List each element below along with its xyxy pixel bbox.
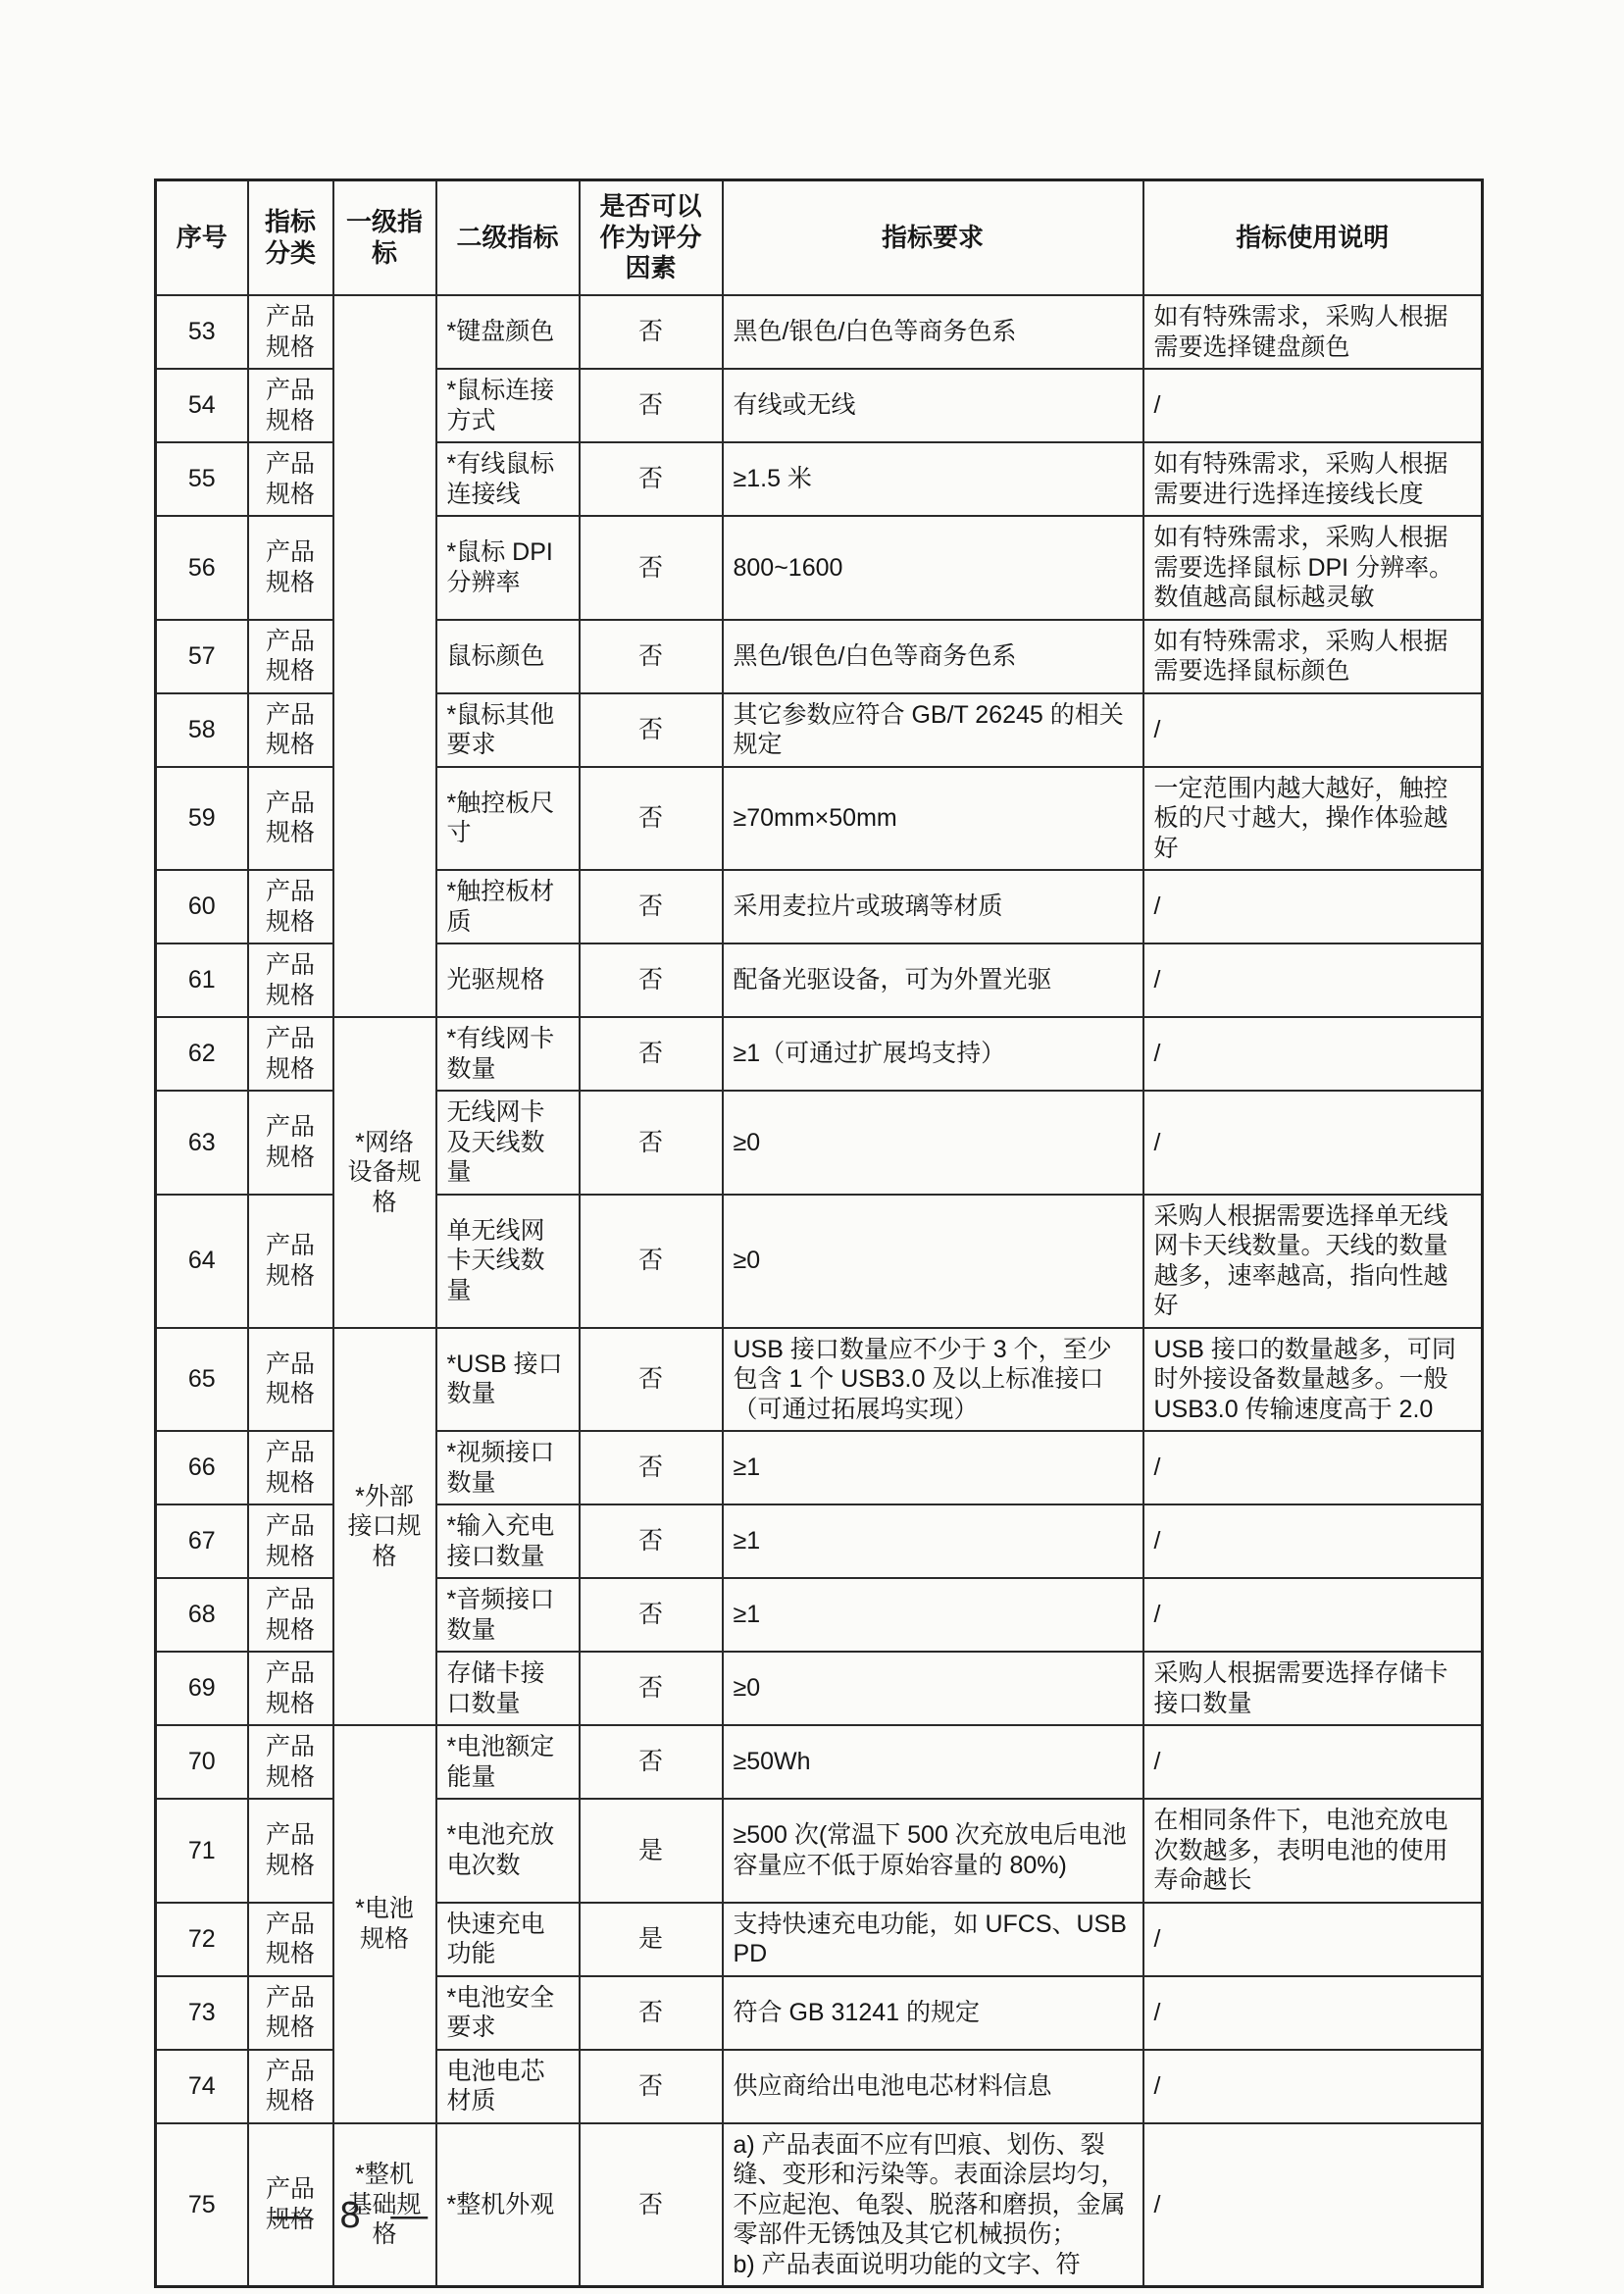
cell-scoring: 否: [580, 1195, 723, 1328]
cell-usage: 如有特殊需求，采购人根据需要选择鼠标颜色: [1143, 620, 1483, 693]
cell-no: 62: [156, 1017, 248, 1091]
cell-category: 产品规格: [248, 870, 333, 943]
cell-scoring: 否: [580, 1652, 723, 1725]
cell-scoring: 否: [580, 2050, 723, 2123]
cell-category: 产品规格: [248, 2050, 333, 2123]
cell-scoring: 否: [580, 442, 723, 516]
cell-level2: *有线网卡数量: [436, 1017, 580, 1091]
cell-level2: *鼠标 DPI 分辨率: [436, 516, 580, 620]
table-header: 序号 指标分类 一级指标 二级指标 是否可以 作为评分 因素 指标要求 指标使用…: [156, 180, 1483, 296]
cell-requirement: ≥50Wh: [723, 1725, 1143, 1799]
col-header-level1: 一级指标: [333, 180, 436, 296]
cell-no: 65: [156, 1328, 248, 1432]
cell-requirement: ≥1.5 米: [723, 442, 1143, 516]
cell-usage: /: [1143, 693, 1483, 767]
cell-scoring: 是: [580, 1903, 723, 1976]
cell-usage: /: [1143, 369, 1483, 442]
cell-level2: 鼠标颜色: [436, 620, 580, 693]
cell-category: 产品规格: [248, 620, 333, 693]
cell-scoring: 否: [580, 620, 723, 693]
cell-level2: *触控板材质: [436, 870, 580, 943]
cell-no: 58: [156, 693, 248, 767]
cell-scoring: 否: [580, 1725, 723, 1799]
cell-level1: *网络设备规格: [333, 1017, 436, 1328]
cell-scoring: 否: [580, 516, 723, 620]
cell-requirement: ≥0: [723, 1652, 1143, 1725]
cell-usage: USB 接口的数量越多，可同时外接设备数量越多。一般 USB3.0 传输速度高于…: [1143, 1328, 1483, 1432]
cell-category: 产品规格: [248, 943, 333, 1017]
cell-no: 66: [156, 1431, 248, 1504]
cell-level1: *外部接口规格: [333, 1328, 436, 1726]
cell-category: 产品规格: [248, 516, 333, 620]
cell-scoring: 否: [580, 2123, 723, 2287]
cell-category: 产品规格: [248, 1903, 333, 1976]
cell-level2: *鼠标连接方式: [436, 369, 580, 442]
cell-usage: 如有特殊需求，采购人根据需要进行选择连接线长度: [1143, 442, 1483, 516]
cell-category: 产品规格: [248, 1725, 333, 1799]
cell-scoring: 否: [580, 693, 723, 767]
cell-category: 产品规格: [248, 1195, 333, 1328]
cell-level2: 无线网卡及天线数量: [436, 1091, 580, 1195]
cell-usage: /: [1143, 1504, 1483, 1578]
cell-no: 69: [156, 1652, 248, 1725]
cell-usage: /: [1143, 943, 1483, 1017]
cell-level2: *电池额定能量: [436, 1725, 580, 1799]
cell-requirement: ≥0: [723, 1195, 1143, 1328]
cell-no: 60: [156, 870, 248, 943]
cell-level2: 单无线网卡天线数量: [436, 1195, 580, 1328]
cell-requirement: 800~1600: [723, 516, 1143, 620]
cell-no: 74: [156, 2050, 248, 2123]
cell-usage: /: [1143, 1017, 1483, 1091]
cell-requirement: ≥1（可通过扩展坞支持）: [723, 1017, 1143, 1091]
cell-level2: *电池充放电次数: [436, 1799, 580, 1903]
cell-requirement: ≥1: [723, 1504, 1143, 1578]
cell-scoring: 否: [580, 1578, 723, 1652]
cell-scoring: 否: [580, 1328, 723, 1432]
cell-requirement: 配备光驱设备，可为外置光驱: [723, 943, 1143, 1017]
spec-table: 序号 指标分类 一级指标 二级指标 是否可以 作为评分 因素 指标要求 指标使用…: [154, 178, 1484, 2288]
table-row: 53产品规格*键盘颜色否黑色/银色/白色等商务色系如有特殊需求，采购人根据需要选…: [156, 295, 1483, 369]
cell-level2: *键盘颜色: [436, 295, 580, 369]
cell-level2: *整机外观: [436, 2123, 580, 2287]
cell-usage: 如有特殊需求，采购人根据需要选择键盘颜色: [1143, 295, 1483, 369]
cell-level2: *USB 接口数量: [436, 1328, 580, 1432]
page-number: — 8 —: [273, 2195, 437, 2237]
cell-category: 产品规格: [248, 1578, 333, 1652]
table-row: 62产品规格*网络设备规格*有线网卡数量否≥1（可通过扩展坞支持）/: [156, 1017, 1483, 1091]
cell-level2: *触控板尺寸: [436, 767, 580, 871]
cell-requirement: 符合 GB 31241 的规定: [723, 1976, 1143, 2050]
table-row: 70产品规格*电池规格*电池额定能量否≥50Wh/: [156, 1725, 1483, 1799]
cell-requirement: a) 产品表面不应有凹痕、划伤、裂缝、变形和污染等。表面涂层均匀，不应起泡、龟裂…: [723, 2123, 1143, 2287]
cell-level2: *音频接口数量: [436, 1578, 580, 1652]
cell-scoring: 否: [580, 295, 723, 369]
cell-no: 59: [156, 767, 248, 871]
cell-usage: /: [1143, 1091, 1483, 1195]
cell-requirement: USB 接口数量应不少于 3 个，至少包含 1 个 USB3.0 及以上标准接口…: [723, 1328, 1143, 1432]
col-header-no: 序号: [156, 180, 248, 296]
cell-no: 70: [156, 1725, 248, 1799]
cell-category: 产品规格: [248, 369, 333, 442]
cell-no: 72: [156, 1903, 248, 1976]
col-header-usage: 指标使用说明: [1143, 180, 1483, 296]
cell-category: 产品规格: [248, 1328, 333, 1432]
cell-no: 56: [156, 516, 248, 620]
cell-usage: 一定范围内越大越好，触控板的尺寸越大，操作体验越好: [1143, 767, 1483, 871]
cell-no: 64: [156, 1195, 248, 1328]
cell-scoring: 否: [580, 1504, 723, 1578]
cell-category: 产品规格: [248, 295, 333, 369]
cell-requirement: 黑色/银色/白色等商务色系: [723, 295, 1143, 369]
cell-scoring: 否: [580, 369, 723, 442]
table-row: 65产品规格*外部接口规格*USB 接口数量否USB 接口数量应不少于 3 个，…: [156, 1328, 1483, 1432]
cell-usage: /: [1143, 1431, 1483, 1504]
cell-scoring: 否: [580, 1431, 723, 1504]
cell-scoring: 否: [580, 1091, 723, 1195]
cell-usage: 如有特殊需求，采购人根据需要选择鼠标 DPI 分辨率。数值越高鼠标越灵敏: [1143, 516, 1483, 620]
cell-no: 55: [156, 442, 248, 516]
cell-scoring: 是: [580, 1799, 723, 1903]
cell-category: 产品规格: [248, 1091, 333, 1195]
cell-level1: *电池规格: [333, 1725, 436, 2123]
cell-requirement: 其它参数应符合 GB/T 26245 的相关规定: [723, 693, 1143, 767]
cell-usage: /: [1143, 1976, 1483, 2050]
cell-no: 71: [156, 1799, 248, 1903]
cell-no: 67: [156, 1504, 248, 1578]
col-header-level2: 二级指标: [436, 180, 580, 296]
document-page: 序号 指标分类 一级指标 二级指标 是否可以 作为评分 因素 指标要求 指标使用…: [0, 0, 1624, 2294]
cell-requirement: ≥0: [723, 1091, 1143, 1195]
cell-level2: *有线鼠标连接线: [436, 442, 580, 516]
cell-level1: [333, 295, 436, 1017]
cell-no: 61: [156, 943, 248, 1017]
cell-category: 产品规格: [248, 442, 333, 516]
cell-no: 73: [156, 1976, 248, 2050]
cell-requirement: 有线或无线: [723, 369, 1143, 442]
cell-level2: *电池安全要求: [436, 1976, 580, 2050]
col-header-requirement: 指标要求: [723, 180, 1143, 296]
cell-requirement: ≥1: [723, 1578, 1143, 1652]
cell-usage: /: [1143, 2123, 1483, 2287]
cell-requirement: ≥500 次(常温下 500 次充放电后电池容量应不低于原始容量的 80%): [723, 1799, 1143, 1903]
cell-requirement: 采用麦拉片或玻璃等材质: [723, 870, 1143, 943]
cell-requirement: ≥1: [723, 1431, 1143, 1504]
cell-scoring: 否: [580, 1976, 723, 2050]
cell-level2: 快速充电功能: [436, 1903, 580, 1976]
col-header-category: 指标分类: [248, 180, 333, 296]
cell-category: 产品规格: [248, 1976, 333, 2050]
cell-scoring: 否: [580, 943, 723, 1017]
header-row: 序号 指标分类 一级指标 二级指标 是否可以 作为评分 因素 指标要求 指标使用…: [156, 180, 1483, 296]
cell-level2: 存储卡接口数量: [436, 1652, 580, 1725]
cell-usage: 采购人根据需要选择单无线网卡天线数量。天线的数量越多，速率越高，指向性越好: [1143, 1195, 1483, 1328]
cell-scoring: 否: [580, 1017, 723, 1091]
cell-usage: /: [1143, 1578, 1483, 1652]
cell-no: 63: [156, 1091, 248, 1195]
cell-no: 57: [156, 620, 248, 693]
col-header-scoring: 是否可以 作为评分 因素: [580, 180, 723, 296]
cell-no: 53: [156, 295, 248, 369]
cell-scoring: 否: [580, 767, 723, 871]
cell-category: 产品规格: [248, 1431, 333, 1504]
spec-table-body: 53产品规格*键盘颜色否黑色/银色/白色等商务色系如有特殊需求，采购人根据需要选…: [156, 295, 1483, 2287]
cell-category: 产品规格: [248, 1017, 333, 1091]
cell-usage: /: [1143, 1903, 1483, 1976]
cell-level2: *视频接口数量: [436, 1431, 580, 1504]
cell-no: 75: [156, 2123, 248, 2287]
cell-category: 产品规格: [248, 1652, 333, 1725]
cell-usage: 采购人根据需要选择存储卡接口数量: [1143, 1652, 1483, 1725]
cell-level2: *鼠标其他要求: [436, 693, 580, 767]
cell-usage: /: [1143, 2050, 1483, 2123]
cell-no: 54: [156, 369, 248, 442]
cell-usage: /: [1143, 1725, 1483, 1799]
cell-no: 68: [156, 1578, 248, 1652]
cell-level2: *输入充电接口数量: [436, 1504, 580, 1578]
cell-category: 产品规格: [248, 693, 333, 767]
cell-usage: /: [1143, 870, 1483, 943]
cell-requirement: 支持快速充电功能，如 UFCS、USB PD: [723, 1903, 1143, 1976]
cell-category: 产品规格: [248, 1504, 333, 1578]
cell-scoring: 否: [580, 870, 723, 943]
cell-category: 产品规格: [248, 767, 333, 871]
cell-level2: 电池电芯材质: [436, 2050, 580, 2123]
cell-requirement: ≥70mm×50mm: [723, 767, 1143, 871]
cell-category: 产品规格: [248, 1799, 333, 1903]
cell-requirement: 黑色/银色/白色等商务色系: [723, 620, 1143, 693]
cell-usage: 在相同条件下，电池充放电次数越多，表明电池的使用寿命越长: [1143, 1799, 1483, 1903]
cell-level2: 光驱规格: [436, 943, 580, 1017]
cell-requirement: 供应商给出电池电芯材料信息: [723, 2050, 1143, 2123]
